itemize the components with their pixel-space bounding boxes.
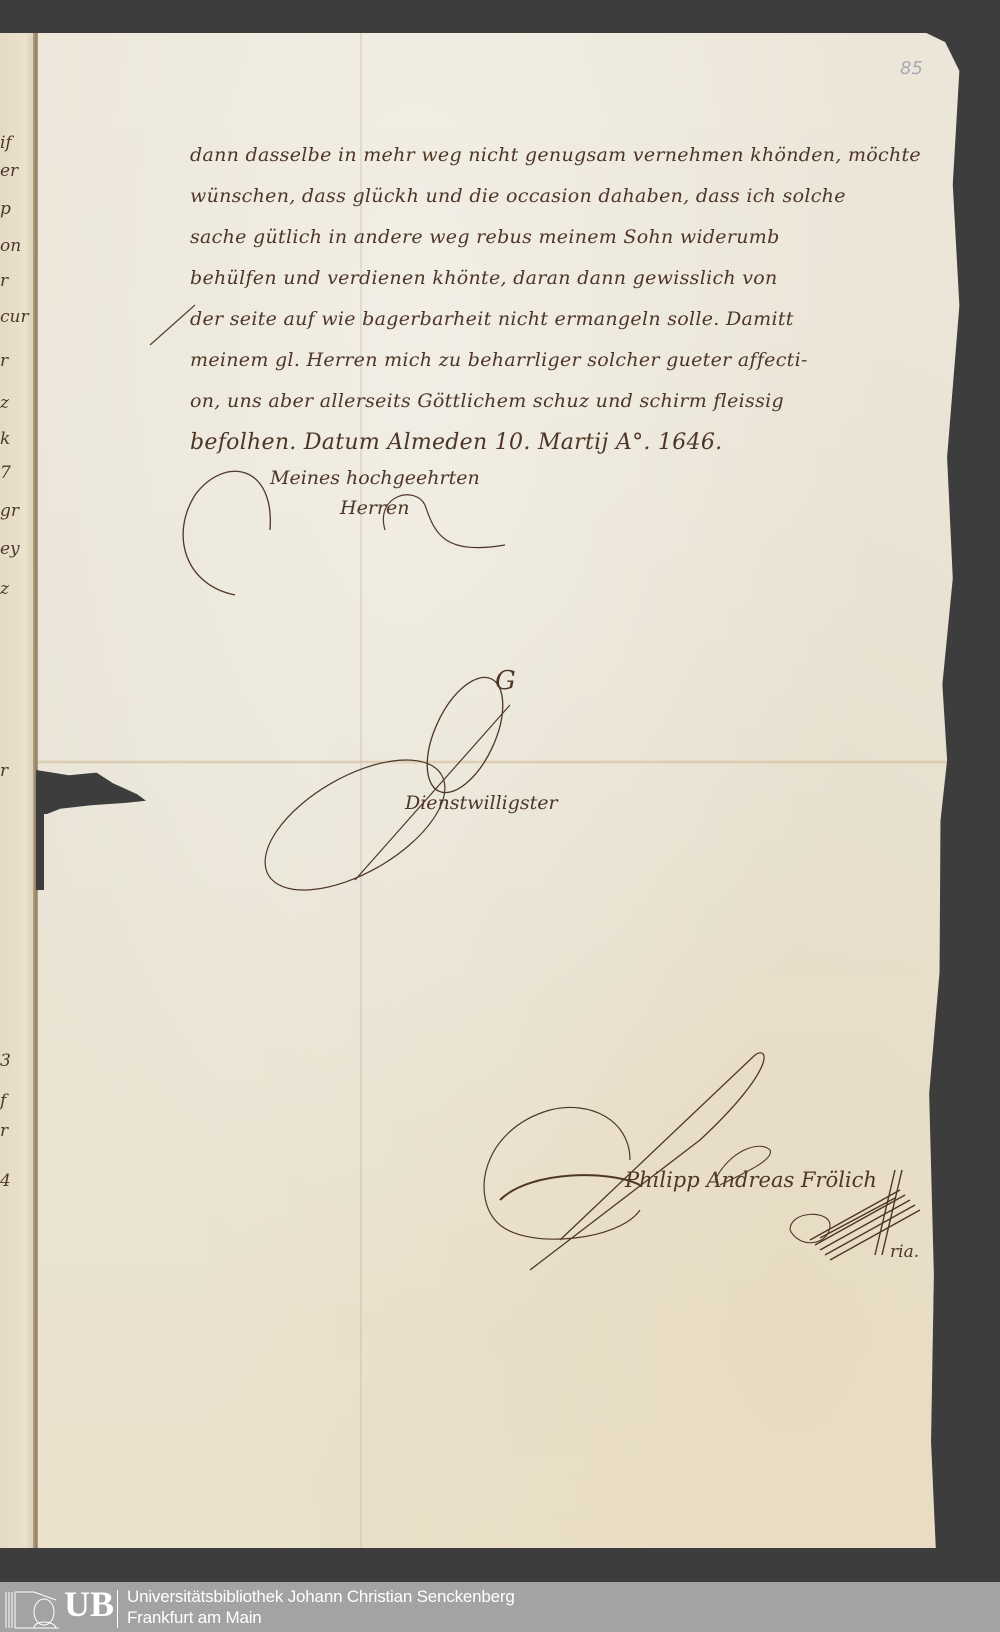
adjacent-page-fragment: r (0, 763, 8, 780)
closing-line-2: Herren (340, 497, 409, 519)
adjacent-page-fragment: on (0, 238, 21, 255)
adjacent-page-fragment: if (0, 135, 12, 152)
signature-name: Philipp Andreas Frölich (625, 1168, 877, 1192)
letter-line: sache gütlich in andere weg rebus meinem… (190, 217, 965, 258)
torn-paper-gap-strip (36, 810, 44, 890)
initial-flourish-icon (245, 660, 585, 900)
folio-number: 85 (900, 58, 923, 79)
letter-line: on, uns aber allerseits Göttlichem schuz… (190, 381, 965, 422)
letter-line: dann dasselbe in mehr weg nicht genugsam… (190, 135, 965, 176)
document-scan: if er p on r cur r z k 7 gr ey z r 3 f r… (0, 0, 1000, 1582)
service-phrase: Dienstwilligster (405, 792, 558, 814)
adjacent-page-strip: if er p on r cur r z k 7 gr ey z r 3 f r… (0, 33, 36, 1548)
letter-line: behülfen und verdienen khönte, daran dan… (190, 258, 965, 299)
adjacent-page-fragment: 3 (0, 1053, 11, 1070)
adjacent-page-fragment: r (0, 1123, 8, 1140)
signature: Philipp Andreas Frölich ria. (470, 1050, 940, 1280)
adjacent-page-fragment: cur (0, 309, 29, 326)
salutation-initial: G (495, 666, 516, 696)
signature-suffix: ria. (890, 1242, 919, 1262)
adjacent-page-fragment: z (0, 581, 9, 598)
pen-stroke (140, 300, 200, 350)
institution-city: Frankfurt am Main (127, 1608, 262, 1628)
letter-line: der seite auf wie bagerbarheit nicht erm… (190, 299, 965, 340)
adjacent-page-fragment: gr (0, 503, 19, 520)
adjacent-page-fragment: k (0, 431, 10, 448)
adjacent-page-fragment: 7 (0, 465, 11, 482)
library-logo-text: UB (64, 1584, 114, 1624)
adjacent-page-fragment: f (0, 1093, 6, 1110)
signature-flourish-icon (470, 1050, 940, 1280)
letter-body: dann dasselbe in mehr weg nicht genugsam… (190, 135, 965, 463)
library-footer-banner: UB Universitätsbibliothek Johann Christi… (0, 1582, 1000, 1632)
adjacent-page-fragment: p (0, 201, 11, 218)
adjacent-page-fragment: er (0, 163, 18, 180)
adjacent-page-fragment: r (0, 273, 8, 290)
adjacent-page-fragment: 4 (0, 1173, 11, 1190)
adjacent-page-fragment: ey (0, 541, 20, 558)
institution-name: Universitätsbibliothek Johann Christian … (127, 1587, 515, 1607)
letter-line: meinem gl. Herren mich zu beharrliger so… (190, 340, 965, 381)
letter-line: wünschen, dass glückh und die occasion d… (190, 176, 965, 217)
adjacent-page-fragment: r (0, 353, 8, 370)
footer-divider (117, 1590, 118, 1628)
closing-formula: Meines hochgeehrten Herren (175, 455, 515, 605)
closing-line-1: Meines hochgeehrten (270, 467, 480, 489)
service-formula: G Dienstwilligster (245, 660, 585, 900)
adjacent-page-fragment: z (0, 395, 9, 412)
